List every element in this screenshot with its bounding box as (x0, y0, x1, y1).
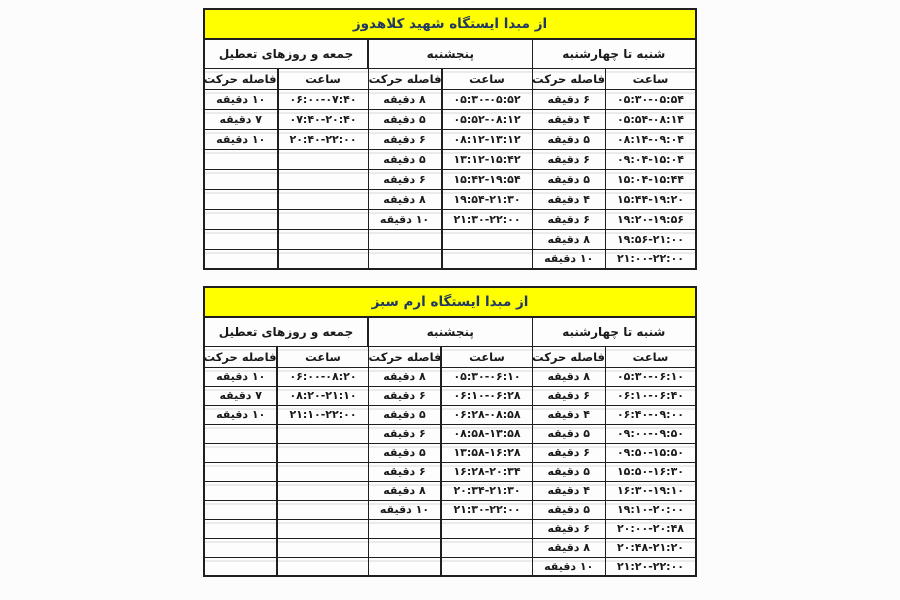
time-range-cell: ۰۶:۲۸-۰۸:۵۸ (441, 405, 532, 424)
interval-cell (368, 557, 441, 576)
interval-cell: ۶ دقیقه (368, 169, 441, 189)
table-row: ۰۵:۵۴-۰۸:۱۴۴ دقیقه۰۵:۵۲-۰۸:۱۲۵ دقیقه۰۷:۴… (204, 109, 696, 129)
time-column-header: ساعت (277, 346, 368, 367)
time-range-cell (278, 249, 369, 269)
interval-cell: ۱۰ دقیقه (204, 405, 277, 424)
table-row: ۱۹:۱۰-۲۰:۰۰۵ دقیقه۲۱:۳۰-۲۲:۰۰۱۰ دقیقه (204, 500, 696, 519)
time-column-header: ساعت (605, 68, 696, 89)
table-title: از مبدا ایستگاه ارم سبز (204, 287, 696, 317)
time-range-cell: ۰۹:۰۴-۱۵:۰۴ (605, 149, 696, 169)
time-range-cell: ۰۵:۳۰-۰۵:۵۴ (605, 89, 696, 109)
day-header-friday-holidays: جمعه و روزهای تعطیل (204, 39, 368, 68)
interval-cell: ۵ دقیقه (368, 109, 441, 129)
timetable-eram-sabz: از مبدا ایستگاه ارم سبز شنبه تا چهارشنبه… (203, 286, 697, 577)
interval-cell: ۶ دقیقه (532, 519, 605, 538)
day-header-row: شنبه تا چهارشنبه پنجشنبه جمعه و روزهای ت… (204, 39, 696, 68)
interval-cell (368, 249, 441, 269)
time-range-cell: ۱۵:۴۲-۱۹:۵۴ (442, 169, 533, 189)
time-range-cell: ۰۶:۰۰-۰۸:۲۰ (277, 367, 368, 386)
time-range-cell: ۰۶:۱۰-۰۶:۴۰ (605, 386, 696, 405)
interval-cell: ۱۰ دقیقه (204, 129, 278, 149)
interval-cell: ۵ دقیقه (532, 500, 605, 519)
interval-cell: ۸ دقیقه (532, 367, 605, 386)
interval-cell: ۶ دقیقه (368, 462, 441, 481)
interval-cell (204, 557, 277, 576)
time-range-cell (442, 229, 533, 249)
time-range-cell: ۱۵:۵۰-۱۶:۳۰ (605, 462, 696, 481)
time-range-cell (441, 557, 532, 576)
time-range-cell: ۱۹:۵۴-۲۱:۳۰ (442, 189, 533, 209)
time-range-cell: ۰۶:۴۰-۰۹:۰۰ (605, 405, 696, 424)
time-range-cell: ۱۳:۵۸-۱۶:۲۸ (441, 443, 532, 462)
table-row: ۰۹:۵۰-۱۵:۵۰۶ دقیقه۱۳:۵۸-۱۶:۲۸۵ دقیقه (204, 443, 696, 462)
interval-cell: ۷ دقیقه (204, 386, 277, 405)
time-range-cell (278, 209, 369, 229)
time-range-cell: ۲۰:۳۴-۲۱:۳۰ (441, 481, 532, 500)
column-header-row: ساعت فاصله حرکت ساعت فاصله حرکت ساعت فاص… (204, 68, 696, 89)
interval-cell (204, 229, 278, 249)
interval-cell (204, 149, 278, 169)
day-header-thursday: پنجشنبه (368, 39, 532, 68)
time-range-cell: ۰۵:۳۰-۰۵:۵۲ (442, 89, 533, 109)
table-row: ۲۰:۰۰-۲۰:۴۸۶ دقیقه (204, 519, 696, 538)
interval-cell: ۴ دقیقه (532, 109, 605, 129)
time-range-cell: ۰۷:۴۰-۲۰:۴۰ (278, 109, 369, 129)
interval-cell: ۵ دقیقه (532, 424, 605, 443)
time-range-cell (278, 189, 369, 209)
interval-cell: ۵ دقیقه (532, 462, 605, 481)
time-range-cell: ۲۱:۳۰-۲۲:۰۰ (441, 500, 532, 519)
interval-cell: ۵ دقیقه (368, 443, 441, 462)
time-column-header: ساعت (442, 68, 533, 89)
time-range-cell: ۱۵:۴۴-۱۹:۲۰ (605, 189, 696, 209)
time-range-cell: ۱۹:۱۰-۲۰:۰۰ (605, 500, 696, 519)
interval-cell (368, 538, 441, 557)
interval-column-header: فاصله حرکت (204, 68, 278, 89)
time-range-cell (441, 519, 532, 538)
interval-cell: ۶ دقیقه (368, 129, 441, 149)
time-range-cell (278, 169, 369, 189)
interval-cell (204, 424, 277, 443)
interval-cell: ۶ دقیقه (532, 149, 605, 169)
table-title-row: از مبدا ایستگاه شهید کلاهدوز (204, 9, 696, 39)
table-row: ۱۶:۳۰-۱۹:۱۰۴ دقیقه۲۰:۳۴-۲۱:۳۰۸ دقیقه (204, 481, 696, 500)
interval-column-header: فاصله حرکت (532, 68, 605, 89)
table-row: ۲۰:۴۸-۲۱:۲۰۸ دقیقه (204, 538, 696, 557)
interval-cell: ۱۰ دقیقه (204, 367, 277, 386)
table-title: از مبدا ایستگاه شهید کلاهدوز (204, 9, 696, 39)
interval-cell (368, 229, 441, 249)
day-header-sat-wed: شنبه تا چهارشنبه (532, 39, 696, 68)
time-range-cell: ۰۸:۱۴-۰۹:۰۴ (605, 129, 696, 149)
time-range-cell: ۲۱:۱۰-۲۲:۰۰ (277, 405, 368, 424)
interval-cell (204, 189, 278, 209)
time-range-cell (277, 462, 368, 481)
table-row: ۲۱:۰۰-۲۲:۰۰۱۰ دقیقه (204, 249, 696, 269)
time-range-cell: ۲۰:۴۰-۲۲:۰۰ (278, 129, 369, 149)
interval-cell (204, 169, 278, 189)
table-row: ۱۹:۲۰-۱۹:۵۶۶ دقیقه۲۱:۳۰-۲۲:۰۰۱۰ دقیقه (204, 209, 696, 229)
interval-cell: ۷ دقیقه (204, 109, 278, 129)
time-range-cell: ۱۹:۲۰-۱۹:۵۶ (605, 209, 696, 229)
interval-cell: ۱۰ دقیقه (368, 500, 441, 519)
table-row: ۰۹:۰۰-۰۹:۵۰۵ دقیقه۰۸:۵۸-۱۳:۵۸۶ دقیقه (204, 424, 696, 443)
time-range-cell: ۰۸:۵۸-۱۳:۵۸ (441, 424, 532, 443)
interval-cell: ۴ دقیقه (532, 189, 605, 209)
interval-cell: ۸ دقیقه (368, 481, 441, 500)
time-range-cell: ۰۵:۵۲-۰۸:۱۲ (442, 109, 533, 129)
interval-cell: ۶ دقیقه (532, 443, 605, 462)
interval-cell: ۸ دقیقه (368, 367, 441, 386)
time-range-cell: ۱۹:۵۶-۲۱:۰۰ (605, 229, 696, 249)
table-row: ۲۱:۲۰-۲۲:۰۰۱۰ دقیقه (204, 557, 696, 576)
time-range-cell (442, 249, 533, 269)
table-row: ۰۹:۰۴-۱۵:۰۴۶ دقیقه۱۳:۱۲-۱۵:۴۲۵ دقیقه (204, 149, 696, 169)
interval-cell: ۵ دقیقه (532, 169, 605, 189)
time-range-cell: ۰۵:۳۰-۰۶:۱۰ (605, 367, 696, 386)
time-range-cell (277, 519, 368, 538)
interval-cell: ۶ دقیقه (368, 386, 441, 405)
time-range-cell: ۱۶:۲۸-۲۰:۳۴ (441, 462, 532, 481)
interval-cell (204, 538, 277, 557)
day-header-friday-holidays: جمعه و روزهای تعطیل (204, 317, 368, 346)
time-range-cell (278, 149, 369, 169)
interval-cell: ۸ دقیقه (532, 229, 605, 249)
interval-cell (204, 500, 277, 519)
time-range-cell: ۰۵:۳۰-۰۶:۱۰ (441, 367, 532, 386)
table-title-row: از مبدا ایستگاه ارم سبز (204, 287, 696, 317)
interval-cell (204, 209, 278, 229)
time-range-cell: ۱۳:۱۲-۱۵:۴۲ (442, 149, 533, 169)
time-range-cell (277, 538, 368, 557)
interval-cell (204, 249, 278, 269)
interval-cell: ۱۰ دقیقه (532, 557, 605, 576)
time-range-cell: ۰۹:۵۰-۱۵:۵۰ (605, 443, 696, 462)
table-row: ۱۵:۵۰-۱۶:۳۰۵ دقیقه۱۶:۲۸-۲۰:۳۴۶ دقیقه (204, 462, 696, 481)
interval-column-header: فاصله حرکت (368, 346, 441, 367)
time-range-cell: ۲۰:۰۰-۲۰:۴۸ (605, 519, 696, 538)
interval-cell: ۶ دقیقه (532, 89, 605, 109)
interval-cell: ۸ دقیقه (368, 89, 441, 109)
interval-cell: ۵ دقیقه (368, 405, 441, 424)
interval-cell (204, 481, 277, 500)
interval-cell (204, 443, 277, 462)
interval-column-header: فاصله حرکت (368, 68, 441, 89)
interval-column-header: فاصله حرکت (204, 346, 277, 367)
time-range-cell (278, 229, 369, 249)
timetable-body: ۰۵:۳۰-۰۵:۵۴۶ دقیقه۰۵:۳۰-۰۵:۵۲۸ دقیقه۰۶:۰… (204, 89, 696, 269)
time-range-cell: ۰۶:۰۰-۰۷:۴۰ (278, 89, 369, 109)
table-row: ۰۸:۱۴-۰۹:۰۴۵ دقیقه۰۸:۱۲-۱۳:۱۲۶ دقیقه۲۰:۴… (204, 129, 696, 149)
time-range-cell: ۰۵:۵۴-۰۸:۱۴ (605, 109, 696, 129)
interval-cell: ۵ دقیقه (368, 149, 441, 169)
day-header-thursday: پنجشنبه (368, 317, 532, 346)
interval-cell: ۶ دقیقه (532, 386, 605, 405)
table-row: ۱۹:۵۶-۲۱:۰۰۸ دقیقه (204, 229, 696, 249)
interval-cell: ۶ دقیقه (532, 209, 605, 229)
day-header-row: شنبه تا چهارشنبه پنجشنبه جمعه و روزهای ت… (204, 317, 696, 346)
time-range-cell (277, 500, 368, 519)
time-range-cell: ۰۸:۲۰-۲۱:۱۰ (277, 386, 368, 405)
table-row: ۰۵:۳۰-۰۵:۵۴۶ دقیقه۰۵:۳۰-۰۵:۵۲۸ دقیقه۰۶:۰… (204, 89, 696, 109)
table-row: ۰۵:۳۰-۰۶:۱۰۸ دقیقه۰۵:۳۰-۰۶:۱۰۸ دقیقه۰۶:۰… (204, 367, 696, 386)
time-range-cell: ۲۱:۳۰-۲۲:۰۰ (442, 209, 533, 229)
table-row: ۰۶:۱۰-۰۶:۴۰۶ دقیقه۰۶:۱۰-۰۶:۲۸۶ دقیقه۰۸:۲… (204, 386, 696, 405)
interval-cell: ۸ دقیقه (368, 189, 441, 209)
time-range-cell (277, 424, 368, 443)
time-range-cell: ۱۶:۳۰-۱۹:۱۰ (605, 481, 696, 500)
timetable-page: از مبدا ایستگاه شهید کلاهدوز شنبه تا چها… (203, 0, 697, 577)
interval-cell: ۱۰ دقیقه (204, 89, 278, 109)
time-column-header: ساعت (605, 346, 696, 367)
time-range-cell: ۰۶:۱۰-۰۶:۲۸ (441, 386, 532, 405)
time-range-cell: ۰۸:۱۲-۱۳:۱۲ (442, 129, 533, 149)
interval-cell: ۴ دقیقه (532, 481, 605, 500)
interval-column-header: فاصله حرکت (532, 346, 605, 367)
table-row: ۱۵:۰۴-۱۵:۴۴۵ دقیقه۱۵:۴۲-۱۹:۵۴۶ دقیقه (204, 169, 696, 189)
time-range-cell (441, 538, 532, 557)
interval-cell: ۶ دقیقه (368, 424, 441, 443)
interval-cell: ۱۰ دقیقه (368, 209, 441, 229)
time-column-header: ساعت (278, 68, 369, 89)
time-range-cell: ۱۵:۰۴-۱۵:۴۴ (605, 169, 696, 189)
interval-cell (204, 519, 277, 538)
day-header-sat-wed: شنبه تا چهارشنبه (532, 317, 696, 346)
interval-cell (368, 519, 441, 538)
interval-cell (204, 462, 277, 481)
interval-cell: ۵ دقیقه (532, 129, 605, 149)
time-range-cell: ۲۰:۴۸-۲۱:۲۰ (605, 538, 696, 557)
table-row: ۰۶:۴۰-۰۹:۰۰۴ دقیقه۰۶:۲۸-۰۸:۵۸۵ دقیقه۲۱:۱… (204, 405, 696, 424)
timetable-body: ۰۵:۳۰-۰۶:۱۰۸ دقیقه۰۵:۳۰-۰۶:۱۰۸ دقیقه۰۶:۰… (204, 367, 696, 576)
column-header-row: ساعت فاصله حرکت ساعت فاصله حرکت ساعت فاص… (204, 346, 696, 367)
table-row: ۱۵:۴۴-۱۹:۲۰۴ دقیقه۱۹:۵۴-۲۱:۳۰۸ دقیقه (204, 189, 696, 209)
interval-cell: ۴ دقیقه (532, 405, 605, 424)
time-range-cell (277, 443, 368, 462)
time-column-header: ساعت (441, 346, 532, 367)
timetable-shahid-kolahdouz: از مبدا ایستگاه شهید کلاهدوز شنبه تا چها… (203, 8, 697, 270)
time-range-cell: ۲۱:۲۰-۲۲:۰۰ (605, 557, 696, 576)
interval-cell: ۱۰ دقیقه (532, 249, 605, 269)
time-range-cell (277, 557, 368, 576)
interval-cell: ۸ دقیقه (532, 538, 605, 557)
time-range-cell: ۲۱:۰۰-۲۲:۰۰ (605, 249, 696, 269)
time-range-cell: ۰۹:۰۰-۰۹:۵۰ (605, 424, 696, 443)
time-range-cell (277, 481, 368, 500)
